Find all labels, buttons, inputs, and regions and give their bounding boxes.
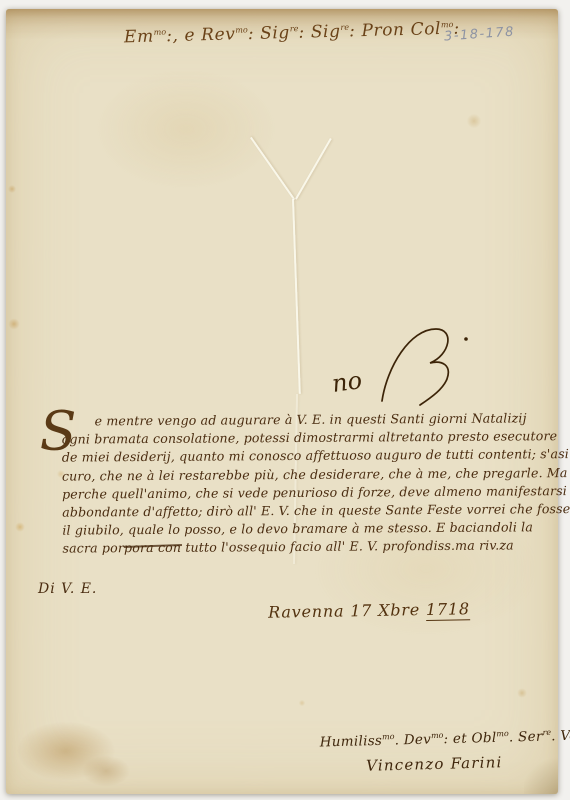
dateline: Ravenna 17 Xbre 1718	[234, 599, 504, 623]
signature-block: Humilissmo. Devmo: et Oblmo. Serre. Vero…	[319, 728, 548, 775]
dateline-year: 1718	[426, 599, 470, 621]
initial-letter: S	[39, 405, 76, 459]
closing-line: Di V. E.	[38, 581, 97, 597]
salutation-line: Emmo:, e Revmo: Sigre: Sigre: Pron Colmo…	[124, 19, 454, 48]
paraph-flourish-icon	[324, 309, 494, 414]
signature-titles: Humilissmo. Devmo: et Oblmo. Serre. Vero	[319, 728, 547, 750]
annotation-flourish: no	[324, 309, 494, 414]
crease-mark	[295, 138, 332, 200]
crease-mark	[292, 199, 301, 394]
signature-name: Vincenzo Farini	[320, 752, 548, 776]
dateline-place: Ravenna	[268, 601, 345, 621]
letter-paper: Emmo:, e Revmo: Sigre: Sigre: Pron Colmo…	[6, 9, 558, 794]
dateline-day: 17	[350, 601, 372, 620]
dateline-month: Xbre	[378, 600, 420, 620]
annotation-text: no	[330, 366, 364, 398]
scan-background: { "colors": { "paper": "#e9e0c6", "body_…	[0, 0, 570, 800]
letter-body: S e mentre vengo ad augurare à V. E. in …	[35, 409, 548, 558]
crease-mark	[250, 137, 295, 200]
